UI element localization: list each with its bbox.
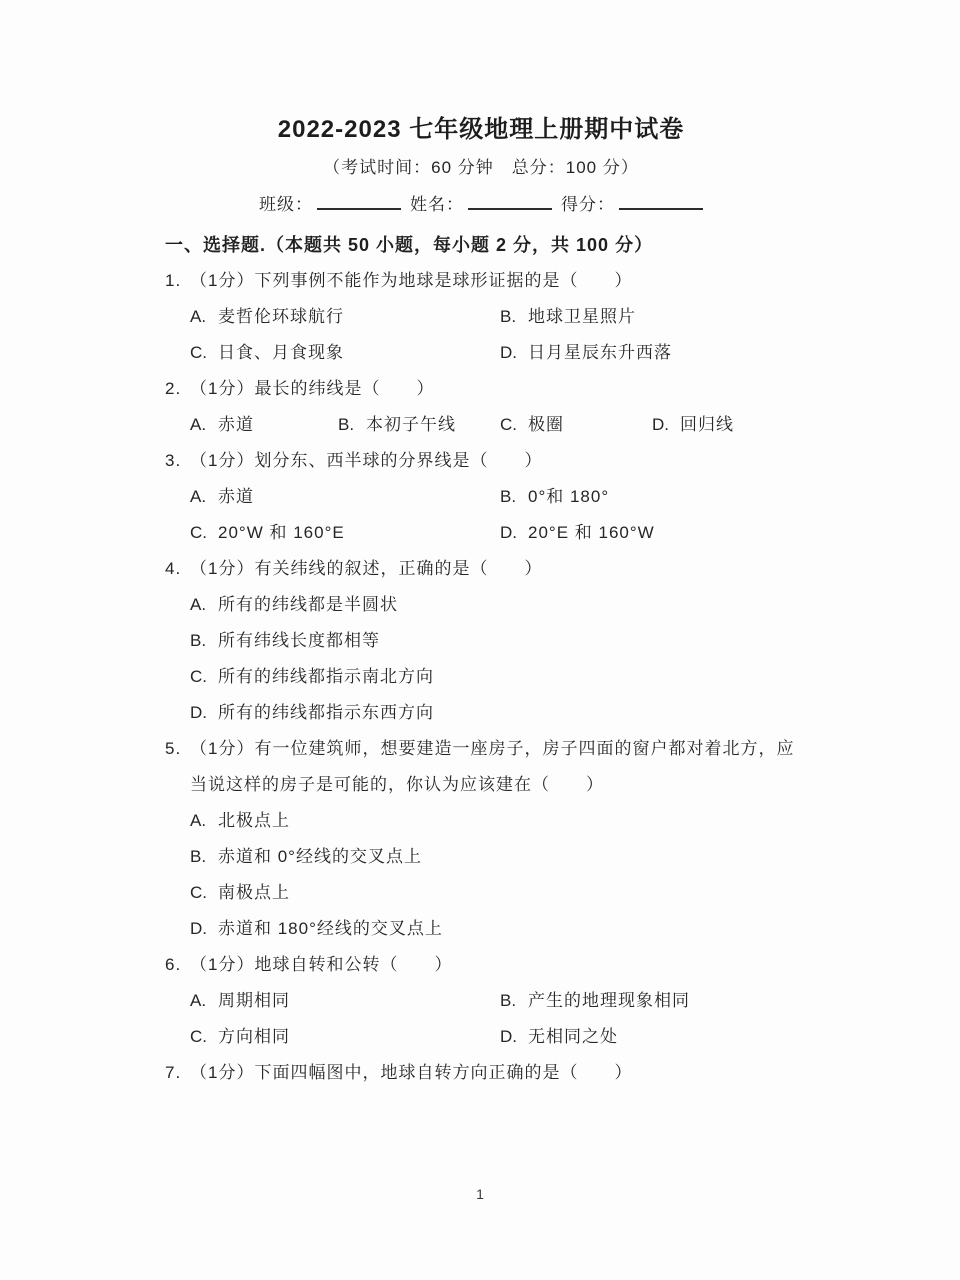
option-text: 20°E 和 160°W <box>528 523 655 542</box>
question-stem: 4.（1分）有关纬线的叙述，正确的是（ ） <box>165 551 797 587</box>
question-text: 地球自转和公转（ ） <box>254 955 452 974</box>
option-label: D. <box>652 407 680 443</box>
option-text: 所有纬线长度都相等 <box>218 631 380 650</box>
question-options: A.周期相同 B.产生的地理现象相同 C.方向相同 D.无相同之处 <box>165 983 797 1055</box>
question-points: （1分） <box>190 451 254 470</box>
option-label: C. <box>190 335 218 371</box>
option-text: 南极点上 <box>218 883 290 902</box>
option-text: 所有的纬线都指示东西方向 <box>218 703 434 722</box>
question-stem: 7.（1分）下面四幅图中，地球自转方向正确的是（ ） <box>165 1055 797 1091</box>
question-text: 最长的纬线是（ ） <box>254 379 434 398</box>
option-text: 赤道和 180°经线的交叉点上 <box>218 919 443 938</box>
option-text: 麦哲伦环球航行 <box>218 307 344 326</box>
question-points: （1分） <box>190 739 254 758</box>
question-number: 1. <box>165 263 190 299</box>
option-label: C. <box>500 407 528 443</box>
question-number: 3. <box>165 443 190 479</box>
class-field-blank <box>317 193 401 210</box>
option-label: B. <box>190 839 218 875</box>
option-text: 日食、月食现象 <box>218 343 344 362</box>
score-field-label: 得分： <box>561 195 615 214</box>
option-d: D.所有的纬线都指示东西方向 <box>190 695 797 731</box>
question-text: 有一位建筑师，想要建造一座房子，房子四面的窗户都对着北方，应当说这样的房子是可能… <box>190 739 794 794</box>
option-label: A. <box>190 407 218 443</box>
section-heading: 一、选择题.（本题共 50 小题，每小题 2 分，共 100 分） <box>165 227 797 263</box>
option-text: 本初子午线 <box>366 415 456 434</box>
question-number: 7. <box>165 1055 190 1091</box>
option-text: 方向相同 <box>218 1027 290 1046</box>
question-points: （1分） <box>190 1063 254 1082</box>
question-stem: 5.（1分）有一位建筑师，想要建造一座房子，房子四面的窗户都对着北方，应当说这样… <box>165 731 797 803</box>
option-label: A. <box>190 983 218 1019</box>
option-text: 北极点上 <box>218 811 290 830</box>
option-label: B. <box>500 299 528 335</box>
option-c: C.所有的纬线都指示南北方向 <box>190 659 797 695</box>
option-a: A.所有的纬线都是半圆状 <box>190 587 797 623</box>
option-b: B.赤道和 0°经线的交叉点上 <box>190 839 797 875</box>
option-a: A.周期相同 <box>190 983 500 1019</box>
option-text: 0°和 180° <box>528 487 609 506</box>
page-title: 2022-2023 七年级地理上册期中试卷 <box>165 111 797 149</box>
question-text: 下列事例不能作为地球是球形证据的是（ ） <box>254 271 632 290</box>
question-text: 划分东、西半球的分界线是（ ） <box>254 451 542 470</box>
option-b: B.本初子午线 <box>338 407 500 443</box>
name-field-label: 姓名： <box>410 195 464 214</box>
option-text: 赤道 <box>218 415 254 434</box>
question-stem: 2.（1分）最长的纬线是（ ） <box>165 371 797 407</box>
option-c: C.南极点上 <box>190 875 797 911</box>
question-4: 4.（1分）有关纬线的叙述，正确的是（ ） A.所有的纬线都是半圆状 B.所有纬… <box>165 551 797 731</box>
option-c: C.日食、月食现象 <box>190 335 500 371</box>
option-text: 赤道和 0°经线的交叉点上 <box>218 847 422 866</box>
option-label: D. <box>500 335 528 371</box>
question-6: 6.（1分）地球自转和公转（ ） A.周期相同 B.产生的地理现象相同 C.方向… <box>165 947 797 1055</box>
exam-content: 2022-2023 七年级地理上册期中试卷 （考试时间：60 分钟 总分：100… <box>165 111 797 1091</box>
option-label: B. <box>500 983 528 1019</box>
name-field-blank <box>468 193 552 210</box>
question-options: A.麦哲伦环球航行 B.地球卫星照片 C.日食、月食现象 D.日月星辰东升西落 <box>165 299 797 371</box>
option-label: C. <box>190 515 218 551</box>
option-d: D.20°E 和 160°W <box>500 515 797 551</box>
question-stem: 1.（1分）下列事例不能作为地球是球形证据的是（ ） <box>165 263 797 299</box>
question-options: A.赤道 B.0°和 180° C.20°W 和 160°E D.20°E 和 … <box>165 479 797 551</box>
question-text: 下面四幅图中，地球自转方向正确的是（ ） <box>254 1063 632 1082</box>
question-options: A.所有的纬线都是半圆状 B.所有纬线长度都相等 C.所有的纬线都指示南北方向 … <box>165 587 797 731</box>
option-d: D.日月星辰东升西落 <box>500 335 797 371</box>
question-stem: 6.（1分）地球自转和公转（ ） <box>165 947 797 983</box>
exam-meta: （考试时间：60 分钟 总分：100 分） <box>165 149 797 187</box>
option-c: C.极圈 <box>500 407 652 443</box>
question-number: 4. <box>165 551 190 587</box>
page-number: 1 <box>0 1186 960 1202</box>
option-a: A.赤道 <box>190 407 338 443</box>
question-points: （1分） <box>190 559 254 578</box>
option-a: A.北极点上 <box>190 803 797 839</box>
question-points: （1分） <box>190 271 254 290</box>
question-points: （1分） <box>190 955 254 974</box>
option-text: 回归线 <box>680 415 734 434</box>
score-field-blank <box>619 193 703 210</box>
question-number: 2. <box>165 371 190 407</box>
question-points: （1分） <box>190 379 254 398</box>
exam-paper-page: 2022-2023 七年级地理上册期中试卷 （考试时间：60 分钟 总分：100… <box>0 0 960 1280</box>
student-info-row: 班级：姓名：得分： <box>165 187 797 223</box>
option-a: A.麦哲伦环球航行 <box>190 299 500 335</box>
class-field-label: 班级： <box>259 195 313 214</box>
option-label: C. <box>190 1019 218 1055</box>
option-label: B. <box>190 623 218 659</box>
option-b: B.所有纬线长度都相等 <box>190 623 797 659</box>
question-stem: 3.（1分）划分东、西半球的分界线是（ ） <box>165 443 797 479</box>
option-label: D. <box>190 695 218 731</box>
option-text: 地球卫星照片 <box>528 307 636 326</box>
option-text: 产生的地理现象相同 <box>528 991 690 1010</box>
option-label: A. <box>190 479 218 515</box>
question-text: 有关纬线的叙述，正确的是（ ） <box>254 559 542 578</box>
option-c: C.方向相同 <box>190 1019 500 1055</box>
option-c: C.20°W 和 160°E <box>190 515 500 551</box>
question-number: 5. <box>165 731 190 767</box>
question-number: 6. <box>165 947 190 983</box>
option-label: A. <box>190 587 218 623</box>
option-label: A. <box>190 299 218 335</box>
option-text: 日月星辰东升西落 <box>528 343 672 362</box>
option-d: D.赤道和 180°经线的交叉点上 <box>190 911 797 947</box>
option-a: A.赤道 <box>190 479 500 515</box>
option-text: 极圈 <box>528 415 564 434</box>
option-text: 20°W 和 160°E <box>218 523 345 542</box>
question-options: A.赤道 B.本初子午线 C.极圈 D.回归线 <box>165 407 797 443</box>
question-5: 5.（1分）有一位建筑师，想要建造一座房子，房子四面的窗户都对着北方，应当说这样… <box>165 731 797 947</box>
option-label: B. <box>500 479 528 515</box>
question-1: 1.（1分）下列事例不能作为地球是球形证据的是（ ） A.麦哲伦环球航行 B.地… <box>165 263 797 371</box>
option-text: 所有的纬线都是半圆状 <box>218 595 398 614</box>
option-label: D. <box>190 911 218 947</box>
option-b: B.产生的地理现象相同 <box>500 983 797 1019</box>
option-d: D.无相同之处 <box>500 1019 797 1055</box>
option-label: A. <box>190 803 218 839</box>
option-text: 赤道 <box>218 487 254 506</box>
option-label: C. <box>190 659 218 695</box>
option-label: D. <box>500 1019 528 1055</box>
option-label: C. <box>190 875 218 911</box>
question-options: A.北极点上 B.赤道和 0°经线的交叉点上 C.南极点上 D.赤道和 180°… <box>165 803 797 947</box>
option-d: D.回归线 <box>652 407 797 443</box>
question-7: 7.（1分）下面四幅图中，地球自转方向正确的是（ ） <box>165 1055 797 1091</box>
option-b: B.0°和 180° <box>500 479 797 515</box>
option-text: 无相同之处 <box>528 1027 618 1046</box>
option-label: D. <box>500 515 528 551</box>
option-text: 周期相同 <box>218 991 290 1010</box>
option-label: B. <box>338 407 366 443</box>
question-2: 2.（1分）最长的纬线是（ ） A.赤道 B.本初子午线 C.极圈 D.回归线 <box>165 371 797 443</box>
option-b: B.地球卫星照片 <box>500 299 797 335</box>
option-text: 所有的纬线都指示南北方向 <box>218 667 434 686</box>
question-3: 3.（1分）划分东、西半球的分界线是（ ） A.赤道 B.0°和 180° C.… <box>165 443 797 551</box>
